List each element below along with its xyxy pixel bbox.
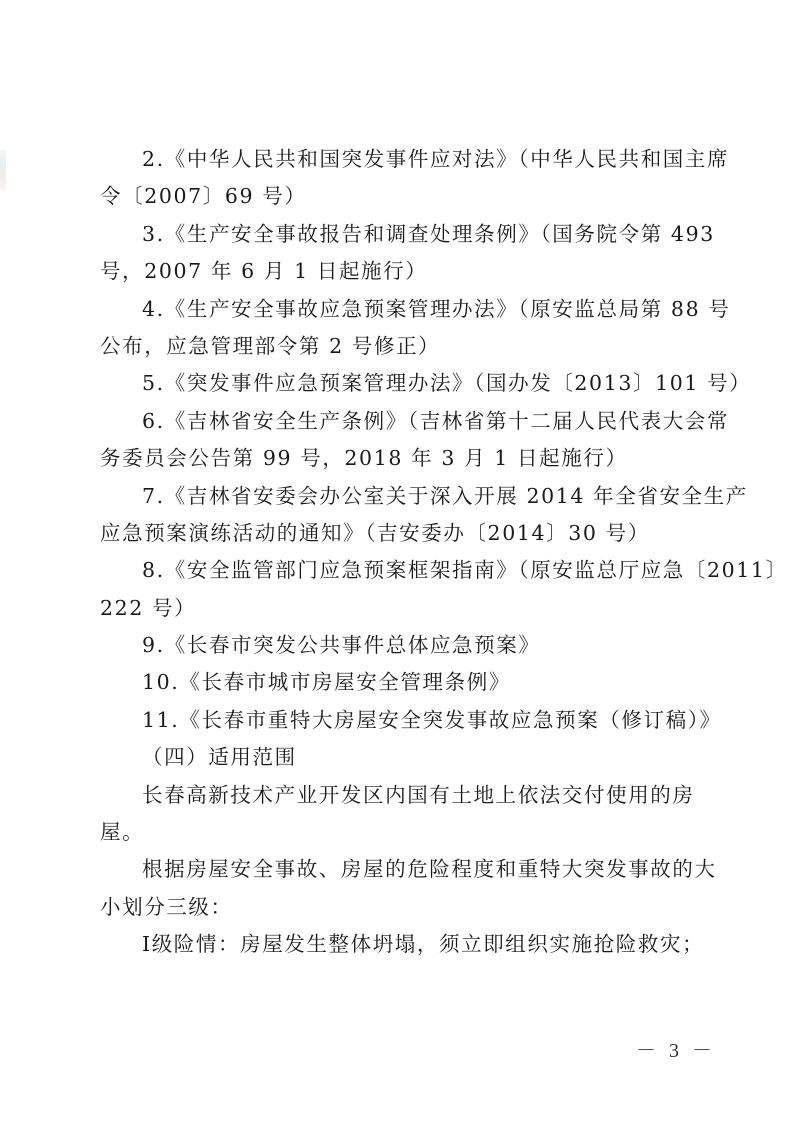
text-line: Ⅰ级险情：房屋发生整体坍塌，须立即组织实施抢险救灾； — [100, 926, 710, 963]
text-line: 4.《生产安全事故应急预案管理办法》（原安监总局第 88 号 — [100, 291, 710, 328]
text-line: 2.《中华人民共和国突发事件应对法》（中华人民共和国主席 — [100, 141, 710, 178]
text-line: 应急预案演练活动的通知》（吉安委办〔2014〕30 号） — [100, 515, 710, 552]
text-line: 5.《突发事件应急预案管理办法》（国办发〔2013〕101 号） — [100, 365, 710, 402]
scan-edge-artifact — [0, 150, 6, 190]
text-line: 屋。 — [100, 814, 710, 851]
text-line: 小划分三级： — [100, 889, 710, 926]
text-line: 3.《生产安全事故报告和调查处理条例》（国务院令第 493 — [100, 216, 710, 253]
section-heading: （四）适用范围 — [100, 739, 710, 776]
document-page: 2.《中华人民共和国突发事件应对法》（中华人民共和国主席 令〔2007〕69 号… — [0, 0, 800, 1131]
text-line: 号，2007 年 6 月 1 日起施行） — [100, 253, 710, 290]
text-line: 根据房屋安全事故、房屋的危险程度和重特大突发事故的大 — [100, 851, 710, 888]
text-line: 10.《长春市城市房屋安全管理条例》 — [100, 664, 710, 701]
text-line: 令〔2007〕69 号） — [100, 178, 710, 215]
document-body: 2.《中华人民共和国突发事件应对法》（中华人民共和国主席 令〔2007〕69 号… — [100, 141, 710, 964]
text-line: 6.《吉林省安全生产条例》（吉林省第十二届人民代表大会常 — [100, 403, 710, 440]
text-line: 公布，应急管理部令第 2 号修正） — [100, 328, 710, 365]
text-line: 7.《吉林省安委会办公室关于深入开展 2014 年全省安全生产 — [100, 478, 710, 515]
text-line: 11.《长春市重特大房屋安全突发事故应急预案（修订稿）》 — [100, 702, 710, 739]
text-line: 9.《长春市突发公共事件总体应急预案》 — [100, 627, 710, 664]
page-number: － 3 － — [636, 1034, 716, 1063]
text-line: 8.《安全监管部门应急预案框架指南》（原安监总厅应急〔2011〕 — [100, 552, 710, 589]
text-line: 长春高新技术产业开发区内国有土地上依法交付使用的房 — [100, 777, 710, 814]
text-line: 222 号） — [100, 590, 710, 627]
text-line: 务委员会公告第 99 号，2018 年 3 月 1 日起施行） — [100, 440, 710, 477]
